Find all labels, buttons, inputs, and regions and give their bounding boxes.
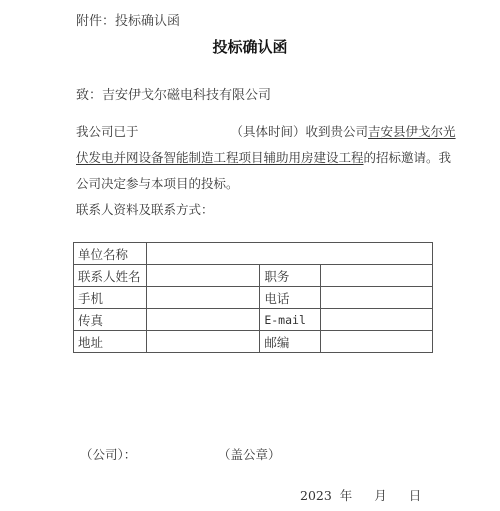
table-row: 传真 E-mail — [74, 309, 433, 331]
document-title: 投标确认函 — [0, 36, 500, 57]
table-row: 地址 邮编 — [74, 331, 433, 353]
paragraph-prefix: 我公司已于 — [76, 124, 139, 139]
date-line: 2023 年 月 日 — [300, 486, 421, 504]
recipient-line: 致：吉安伊戈尔磁电科技有限公司 — [76, 84, 271, 103]
value-contact-name[interactable] — [147, 265, 260, 287]
table-row: 联系人姓名 职务 — [74, 265, 433, 287]
label-email: E-mail — [260, 309, 321, 331]
value-company-name[interactable] — [147, 243, 433, 265]
label-contact-name: 联系人姓名 — [74, 265, 147, 287]
contact-heading: 联系人资料及联系方式： — [76, 200, 214, 218]
label-mobile: 手机 — [74, 287, 147, 309]
paragraph-suffix: 的招标邀请。我 — [364, 150, 452, 165]
value-fax[interactable] — [147, 309, 260, 331]
contact-table: 单位名称 联系人姓名 职务 手机 电话 传真 E-mail 地址 邮编 — [73, 242, 433, 353]
project-name-part-2: 伏发电并网设备智能制造工程项目辅助用房建设工程 — [76, 150, 364, 165]
value-address[interactable] — [147, 331, 260, 353]
paragraph-line-2: 伏发电并网设备智能制造工程项目辅助用房建设工程的招标邀请。我 — [76, 148, 451, 166]
value-email[interactable] — [321, 309, 433, 331]
value-phone[interactable] — [321, 287, 433, 309]
label-fax: 传真 — [74, 309, 147, 331]
value-postcode[interactable] — [321, 331, 433, 353]
label-phone: 电话 — [260, 287, 321, 309]
date-year: 2023 — [300, 488, 332, 503]
label-address: 地址 — [74, 331, 147, 353]
time-hint: （具体时间）收到贵公司 — [231, 124, 369, 139]
seal-label: （盖公章） — [218, 445, 281, 463]
table-row: 单位名称 — [74, 243, 433, 265]
label-company-name: 单位名称 — [74, 243, 147, 265]
attachment-label: 附件：投标确认函 — [76, 10, 180, 29]
value-position[interactable] — [321, 265, 433, 287]
paragraph-line-3: 公司决定参与本项目的投标。 — [76, 174, 239, 192]
table-row: 手机 电话 — [74, 287, 433, 309]
company-signature-label: （公司）： — [80, 445, 136, 463]
label-postcode: 邮编 — [260, 331, 321, 353]
project-name-part-1: 吉安县伊戈尔光 — [368, 124, 456, 139]
value-mobile[interactable] — [147, 287, 260, 309]
date-month-unit: 月 — [374, 486, 387, 504]
date-year-unit: 年 — [340, 486, 353, 504]
paragraph-line-1: 我公司已于（具体时间）收到贵公司吉安县伊戈尔光 — [76, 122, 456, 140]
date-day-unit: 日 — [409, 486, 422, 504]
label-position: 职务 — [260, 265, 321, 287]
